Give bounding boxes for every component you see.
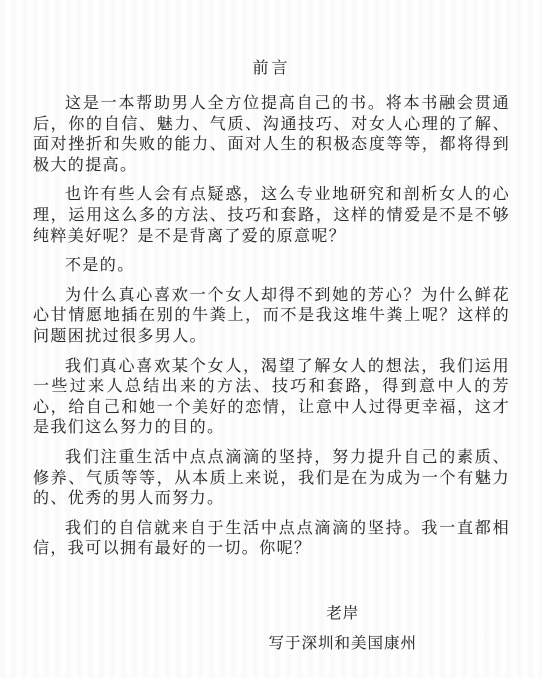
signature-location: 写于深圳和美国康州: [268, 629, 417, 659]
page-title: 前言: [33, 55, 510, 78]
preface-paragraph: 也许有些人会有点疑惑，这么专业地研究和剖析女人的心理，运用这么多的方法、技巧和套…: [33, 185, 510, 247]
preface-paragraph: 我们真心喜欢某个女人，渴望了解女人的想法，我们运用一些过来人总结出来的方法、技巧…: [33, 357, 510, 439]
preface-paragraph: 我们注重生活中点点滴滴的坚持，努力提升自己的素质、修养、气质等等，从本质上来说，…: [33, 448, 510, 510]
signature-author: 老岸: [268, 599, 417, 629]
preface-paragraph: 这是一本帮助男人全方位提高自己的书。将本书融会贯通后，你的自信、魅力、气质、沟通…: [33, 94, 510, 176]
page-content: 前言 这是一本帮助男人全方位提高自己的书。将本书融会贯通后，你的自信、魅力、气质…: [33, 0, 510, 659]
book-page: 前言 这是一本帮助男人全方位提高自己的书。将本书融会贯通后，你的自信、魅力、气质…: [0, 0, 542, 678]
preface-paragraph: 为什么真心喜欢一个女人却得不到她的芳心？为什么鲜花心甘情愿地插在别的牛粪上，而不…: [33, 286, 510, 348]
preface-paragraph: 我们的自信就来自于生活中点点滴滴的坚持。我一直都相信，我可以拥有最好的一切。你呢…: [33, 519, 510, 560]
signature-block: 老岸 写于深圳和美国康州: [268, 599, 417, 659]
preface-paragraph: 不是的。: [33, 256, 510, 277]
